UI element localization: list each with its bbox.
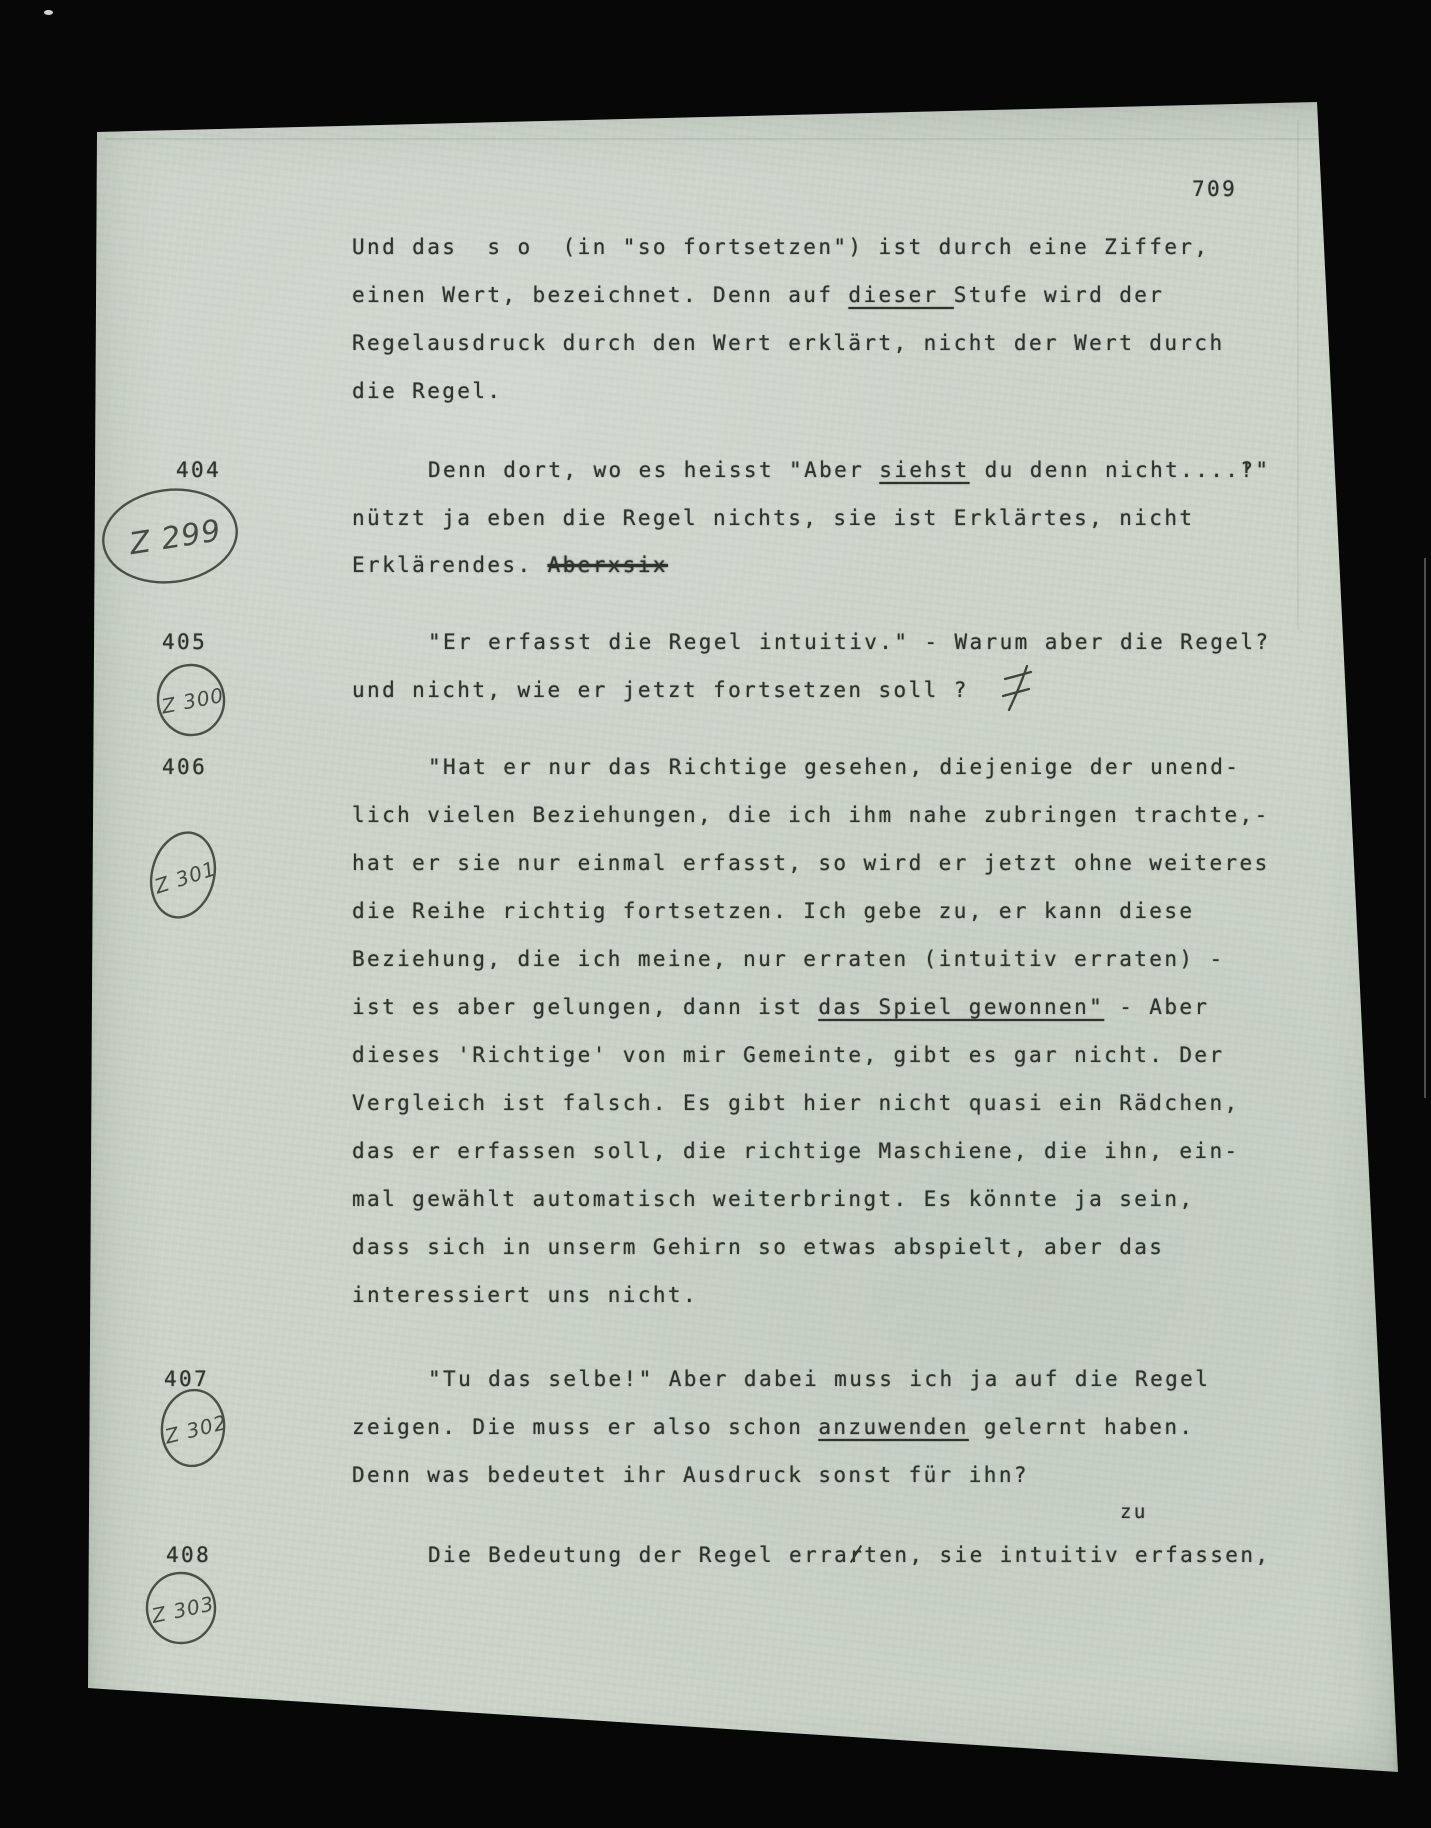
typed-line: hat er sie nur einmal erfasst, so wird e… (352, 839, 1270, 887)
typed-line: Erklärendes. Aberxsix (352, 541, 668, 589)
manuscript-page: 709 Und das s o (in "so fortsetzen") ist… (85, 100, 1398, 1782)
zettel-annotation-300: Z 300 (153, 660, 229, 740)
page-number: 709 (1192, 165, 1237, 213)
typed-line: die Reihe richtig fortsetzen. Ich gebe z… (352, 887, 1194, 935)
typed-line: das er erfassen soll, die richtige Masch… (352, 1127, 1240, 1175)
zettel-annotation-302: Z 302 (157, 1385, 229, 1471)
zettel-label: Z 299 (126, 513, 224, 562)
typed-line: Beziehung, die ich meine, nur erraten (i… (352, 935, 1225, 983)
typed-line: Die Bedeutung der Regel errarten, sie in… (428, 1531, 1270, 1579)
zettel-annotation-303: Z 303 (142, 1568, 220, 1648)
typed-line: "Tu das selbe!" Aber dabei muss ich ja a… (428, 1355, 1210, 1403)
typed-line: Regelausdruck durch den Wert erklärt, ni… (352, 319, 1225, 367)
zettel-label: Z 302 (161, 1410, 229, 1449)
zettel-label: Z 300 (158, 683, 226, 719)
typed-line: interessiert uns nicht. (352, 1271, 698, 1319)
typed-line: dass sich in unserm Gehirn so etwas absp… (352, 1223, 1164, 1271)
typed-line: mal gewählt automatisch weiterbringt. Es… (352, 1175, 1194, 1223)
typed-line: und nicht, wie er jetzt fortsetzen soll … (352, 666, 984, 714)
typed-line: nützt ja eben die Regel nichts, sie ist … (352, 494, 1194, 542)
typed-line: lich vielen Beziehungen, die ich ihm nah… (352, 791, 1270, 839)
slashed-letter: r (849, 1531, 864, 1579)
typed-line: einen Wert, bezeichnet. Denn auf dieser … (352, 271, 1164, 319)
inserted-word-zu: zu (1120, 1500, 1148, 1524)
typed-line: Denn dort, wo es heisst "Aber siehst du … (428, 446, 1270, 494)
typed-line: die Regel. (352, 367, 502, 415)
typed-line: Und das s o (in "so fortsetzen") ist dur… (352, 223, 1209, 271)
zettel-annotation-299: Z 299 (95, 480, 245, 590)
typed-line: zeigen. Die muss er also schon anzuwende… (352, 1403, 1194, 1451)
scan-artifact-line (1424, 558, 1426, 1098)
paper-fold-line (105, 138, 1345, 140)
typed-line: Denn was bedeutet ihr Ausdruck sonst für… (352, 1451, 1029, 1499)
zettel-annotation-301: Z 301 (143, 825, 223, 925)
struck-out-word: Aberxsix (548, 553, 668, 577)
scanned-manuscript: 709 Und das s o (in "so fortsetzen") ist… (0, 0, 1431, 1828)
margin-number-406: 406 (162, 743, 207, 791)
typed-line: ist es aber gelungen, dann ist das Spiel… (352, 983, 1209, 1031)
typed-line: "Er erfasst die Regel intuitiv." - Warum… (428, 618, 1270, 666)
scan-speck (44, 10, 53, 15)
margin-number-405: 405 (162, 618, 207, 666)
zettel-label: Z 303 (149, 1591, 217, 1628)
typed-line: Vergleich ist falsch. Es gibt hier nicht… (352, 1079, 1240, 1127)
paper-crease (1297, 120, 1299, 630)
typed-line: dieses 'Richtige' von mir Gemeinte, gibt… (352, 1031, 1225, 1079)
typed-line: "Hat er nur das Richtige gesehen, diejen… (428, 743, 1240, 791)
insertion-mark-icon (1000, 663, 1036, 713)
